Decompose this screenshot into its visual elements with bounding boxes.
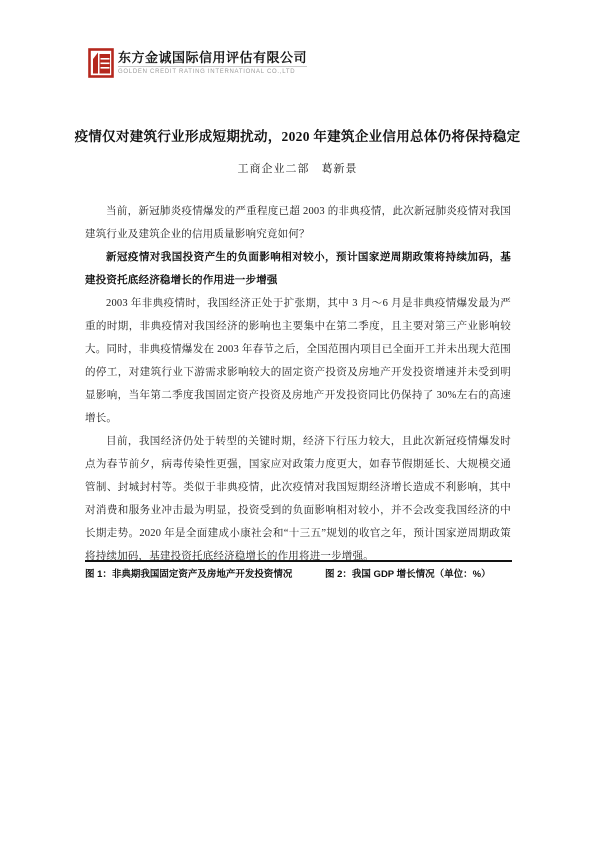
figure2-caption: 图 2：我国 GDP 增长情况（单位：%） (325, 568, 512, 581)
letterhead: 东方金诚国际信用评估有限公司 GOLDEN CREDIT RATING INTE… (88, 48, 307, 78)
byline: 工商企业二部 葛新景 (60, 160, 535, 176)
figure-section: 图 1：非典期我国固定资产及房地产开发投资情况 图 2：我国 GDP 增长情况（… (85, 560, 512, 581)
company-logo-text: 东方金诚国际信用评估有限公司 GOLDEN CREDIT RATING INTE… (118, 48, 307, 76)
figure-captions-row: 图 1：非典期我国固定资产及房地产开发投资情况 图 2：我国 GDP 增长情况（… (85, 568, 512, 581)
figure-section-divider (85, 560, 512, 562)
document-body: 当前，新冠肺炎疫情爆发的严重程度已超 2003 的非典疫情，此次新冠肺炎疫情对我… (85, 200, 511, 568)
paragraph-intro: 当前，新冠肺炎疫情爆发的严重程度已超 2003 的非典疫情，此次新冠肺炎疫情对我… (85, 200, 511, 246)
paragraph-bold-lede: 新冠疫情对我国投资产生的负面影响相对较小，预计国家逆周期政策将持续加码，基建投资… (85, 246, 511, 292)
figure1-caption: 图 1：非典期我国固定资产及房地产开发投资情况 (85, 568, 325, 581)
company-name-en: GOLDEN CREDIT RATING INTERNATIONAL Co.,L… (118, 66, 307, 76)
paragraph-sars-comparison: 2003 年非典疫情时，我国经济正处于扩张期，其中 3 月～6 月是非典疫情爆发… (85, 292, 511, 430)
paragraph-current-outlook: 目前，我国经济仍处于转型的关键时期，经济下行压力较大，且此次新冠疫情爆发时点为春… (85, 430, 511, 568)
company-seal-icon (88, 48, 114, 78)
page-title: 疫情仅对建筑行业形成短期扰动，2020 年建筑企业信用总体仍将保持稳定 (60, 127, 535, 147)
company-name-cn: 东方金诚国际信用评估有限公司 (118, 50, 307, 66)
document-page: 东方金诚国际信用评估有限公司 GOLDEN CREDIT RATING INTE… (0, 0, 595, 841)
